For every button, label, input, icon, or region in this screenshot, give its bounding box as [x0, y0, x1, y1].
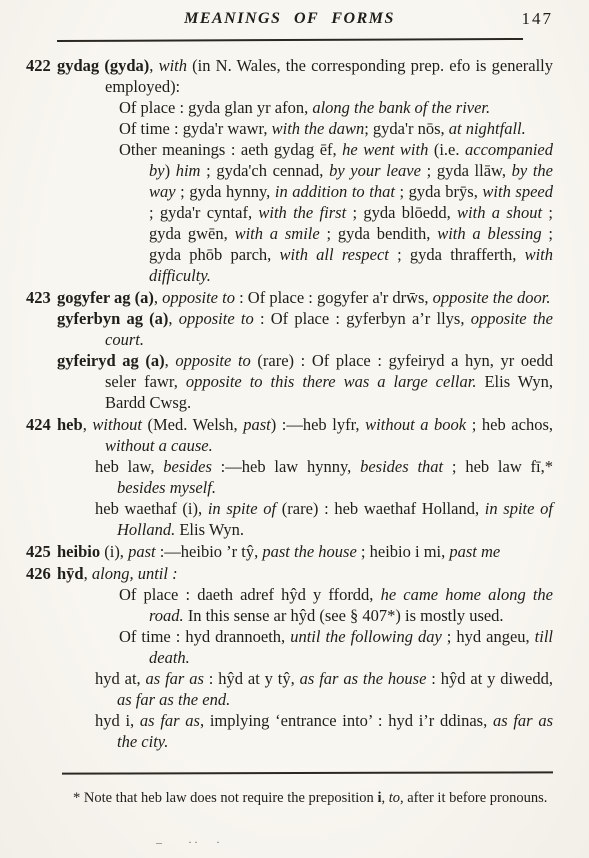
entry-paragraph: Of time : hyd drannoeth, until the follo…: [119, 626, 553, 668]
body-text: ,: [154, 288, 162, 307]
body-text: ; gyda llāw,: [421, 161, 512, 180]
entry-paragraph: gydag (gyda), with (in N. Wales, the cor…: [57, 55, 553, 97]
translation-text: past: [128, 542, 156, 561]
body-text: ; gyda bendith,: [320, 224, 438, 243]
body-text: ): [165, 161, 176, 180]
translation-text: past me: [449, 542, 500, 561]
body-text: ,: [381, 790, 388, 806]
entry-paragraph: heb law, besides :—heb law hynny, beside…: [95, 456, 553, 498]
body-text: (Med. Welsh,: [142, 415, 243, 434]
entry-paragraph: heb, without (Med. Welsh, past) :—heb ly…: [57, 414, 553, 456]
entry-paragraph: hyd i, as far as, implying ‘entrance int…: [95, 710, 553, 752]
entry-paragraph: gyfeiryd ag (a), opposite to (rare) : Of…: [57, 350, 553, 413]
translation-text: in addition to that: [275, 182, 395, 201]
body-text: Elis Wyn.: [175, 520, 244, 539]
translation-text: with the dawn: [272, 119, 365, 138]
translation-text: opposite to this there was a large cella…: [186, 372, 477, 391]
body-text: Of place : gyda glan yr afon,: [119, 98, 312, 117]
translation-text: him: [176, 161, 201, 180]
entry-paragraph: Of place : daeth adref hŷd y ffordd, he …: [119, 584, 553, 626]
body-text: Of time : gyda'r wawr,: [119, 119, 272, 138]
body-text: ; gyda hynny,: [176, 182, 275, 201]
entry-number: 424: [26, 414, 51, 435]
running-title: MEANINGS OF FORMS: [184, 8, 395, 29]
body-text: (i),: [100, 542, 128, 561]
translation-text: as far as: [140, 711, 200, 730]
translation-text: opposite to: [162, 288, 235, 307]
entries-container: 422gydag (gyda), with (in N. Wales, the …: [26, 54, 553, 752]
translation-text: he went with: [342, 140, 428, 159]
translation-text: with all respect: [280, 245, 389, 264]
entry-paragraph: gyferbyn ag (a), opposite to : Of place …: [57, 308, 553, 350]
body-text: ) :—heb lyfr,: [271, 415, 365, 434]
footnote-rule: [62, 771, 553, 774]
entry-paragraph: Other meanings : aeth gydag ēf, he went …: [119, 139, 553, 286]
body-text: ,: [84, 564, 92, 583]
page-header: MEANINGS OF FORMS 147: [26, 6, 553, 32]
translation-text: with the first: [258, 203, 346, 222]
translation-text: along, until :: [92, 564, 178, 583]
translation-text: with speed: [482, 182, 553, 201]
body-text: ,: [149, 56, 158, 75]
headword-text: gyfeiryd ag (a): [57, 351, 165, 370]
entry-paragraph: heb waethaf (i), in spite of (rare) : he…: [95, 498, 553, 540]
body-text: , after it before pronouns.: [400, 790, 547, 806]
body-text: : Of place : gyferbyn a’r llys,: [254, 309, 471, 328]
page-footer: * Note that heb law does not require the…: [26, 772, 553, 858]
entry-paragraph: hȳd, along, until :: [57, 563, 553, 584]
body-text: ; gyda thrafferth,: [389, 245, 525, 264]
translation-text: besides: [163, 457, 212, 476]
translation-text: besides that: [360, 457, 443, 476]
body-text: Of place : daeth adref hŷd y ffordd,: [119, 585, 381, 604]
body-text: ; heb law fī,*: [443, 457, 553, 476]
body-text: hyd at,: [95, 669, 146, 688]
translation-text: until the following day: [290, 627, 442, 646]
body-text: : hŷd at y diwedd,: [426, 669, 553, 688]
headword-text: gydag (gyda): [57, 56, 149, 75]
body-text: ; gyda'r nōs,: [364, 119, 449, 138]
translation-text: to: [389, 790, 400, 806]
entry-paragraph: heibio (i), past :—heibio ’r tŷ, past th…: [57, 541, 553, 562]
book-page: MEANINGS OF FORMS 147 422gydag (gyda), w…: [0, 0, 589, 858]
scan-smudge: –: [156, 832, 164, 853]
translation-text: at nightfall.: [449, 119, 526, 138]
translation-text: as far as: [146, 669, 204, 688]
body-text: Other meanings : aeth gydag ēf,: [119, 140, 342, 159]
entry-425: 425heibio (i), past :—heibio ’r tŷ, past…: [26, 541, 553, 562]
scan-smudge: ·: [216, 832, 222, 853]
translation-text: with a shout: [457, 203, 542, 222]
translation-text: without: [92, 415, 142, 434]
body-text: ; heb achos,: [466, 415, 553, 434]
body-text: In this sense ar hŷd (see § 407*) is mos…: [184, 606, 504, 625]
translation-text: past the house: [262, 542, 356, 561]
body-text: heb waethaf (i),: [95, 499, 208, 518]
body-text: ; gyda'r cyntaf,: [149, 203, 258, 222]
translation-text: along the bank of the river.: [312, 98, 490, 117]
headword-text: heb: [57, 415, 83, 434]
body-text: ,: [165, 351, 176, 370]
headword-text: gyferbyn ag (a): [57, 309, 168, 328]
body-text: ; hyd angeu,: [442, 627, 535, 646]
translation-text: with a blessing: [437, 224, 541, 243]
entry-paragraph: hyd at, as far as : hŷd at y tŷ, as far …: [95, 668, 553, 710]
body-text: * Note that heb law does not require the…: [73, 790, 377, 806]
translation-text: as far as the house: [300, 669, 427, 688]
scan-artifacts: –···: [26, 822, 553, 848]
translation-text: opposite to: [179, 309, 254, 328]
translation-text: in spite of: [208, 499, 276, 518]
body-text: ; gyda blōedd,: [346, 203, 457, 222]
entry-422: 422gydag (gyda), with (in N. Wales, the …: [26, 55, 553, 286]
body-text: :—heibio ’r tŷ,: [156, 542, 263, 561]
body-text: : Of place : gogyfer a'r drw̄s,: [235, 288, 433, 307]
body-text: heb law,: [95, 457, 163, 476]
page-number: 147: [522, 8, 554, 29]
body-text: ,: [83, 415, 93, 434]
translation-text: with: [159, 56, 187, 75]
body-text: :—heb law hynny,: [212, 457, 360, 476]
translation-text: opposite to: [175, 351, 250, 370]
footnote: * Note that heb law does not require the…: [55, 789, 553, 808]
body-text: (i.e.: [428, 140, 465, 159]
entry-paragraph: Of time : gyda'r wawr, with the dawn; gy…: [119, 118, 553, 139]
body-text: , implying ‘entrance into’ : hyd i’r ddi…: [200, 711, 493, 730]
body-text: hyd i,: [95, 711, 140, 730]
entry-426: 426hȳd, along, until :Of place : daeth a…: [26, 563, 553, 752]
entry-number: 425: [26, 541, 51, 562]
entry-paragraph: Of place : gyda glan yr afon, along the …: [119, 97, 553, 118]
translation-text: without a book: [365, 415, 466, 434]
body-text: ,: [168, 309, 178, 328]
translation-text: opposite the door.: [433, 288, 551, 307]
header-rule: [57, 38, 523, 42]
body-text: : hŷd at y tŷ,: [204, 669, 300, 688]
headword-text: hȳd: [57, 564, 84, 583]
translation-text: as far as the end.: [117, 690, 230, 709]
body-text: ; gyda brȳs,: [395, 182, 483, 201]
translation-text: past: [243, 415, 271, 434]
scan-smudge: ··: [188, 832, 200, 853]
headword-text: heibio: [57, 542, 100, 561]
entry-number: 423: [26, 287, 51, 308]
translation-text: with a smile: [235, 224, 320, 243]
entry-number: 422: [26, 55, 51, 76]
body-text: (rare) : heb waethaf Holland,: [276, 499, 485, 518]
entry-423: 423gogyfer ag (a), opposite to : Of plac…: [26, 287, 553, 413]
entry-424: 424heb, without (Med. Welsh, past) :—heb…: [26, 414, 553, 540]
body-text: Of time : hyd drannoeth,: [119, 627, 290, 646]
translation-text: besides myself.: [117, 478, 216, 497]
body-text: ; gyda'ch cennad,: [200, 161, 329, 180]
body-text: ; heibio i mi,: [357, 542, 450, 561]
entry-paragraph: gogyfer ag (a), opposite to : Of place :…: [57, 287, 553, 308]
translation-text: without a cause.: [105, 436, 213, 455]
headword-text: gogyfer ag (a): [57, 288, 154, 307]
entry-number: 426: [26, 563, 51, 584]
translation-text: by your leave: [329, 161, 421, 180]
